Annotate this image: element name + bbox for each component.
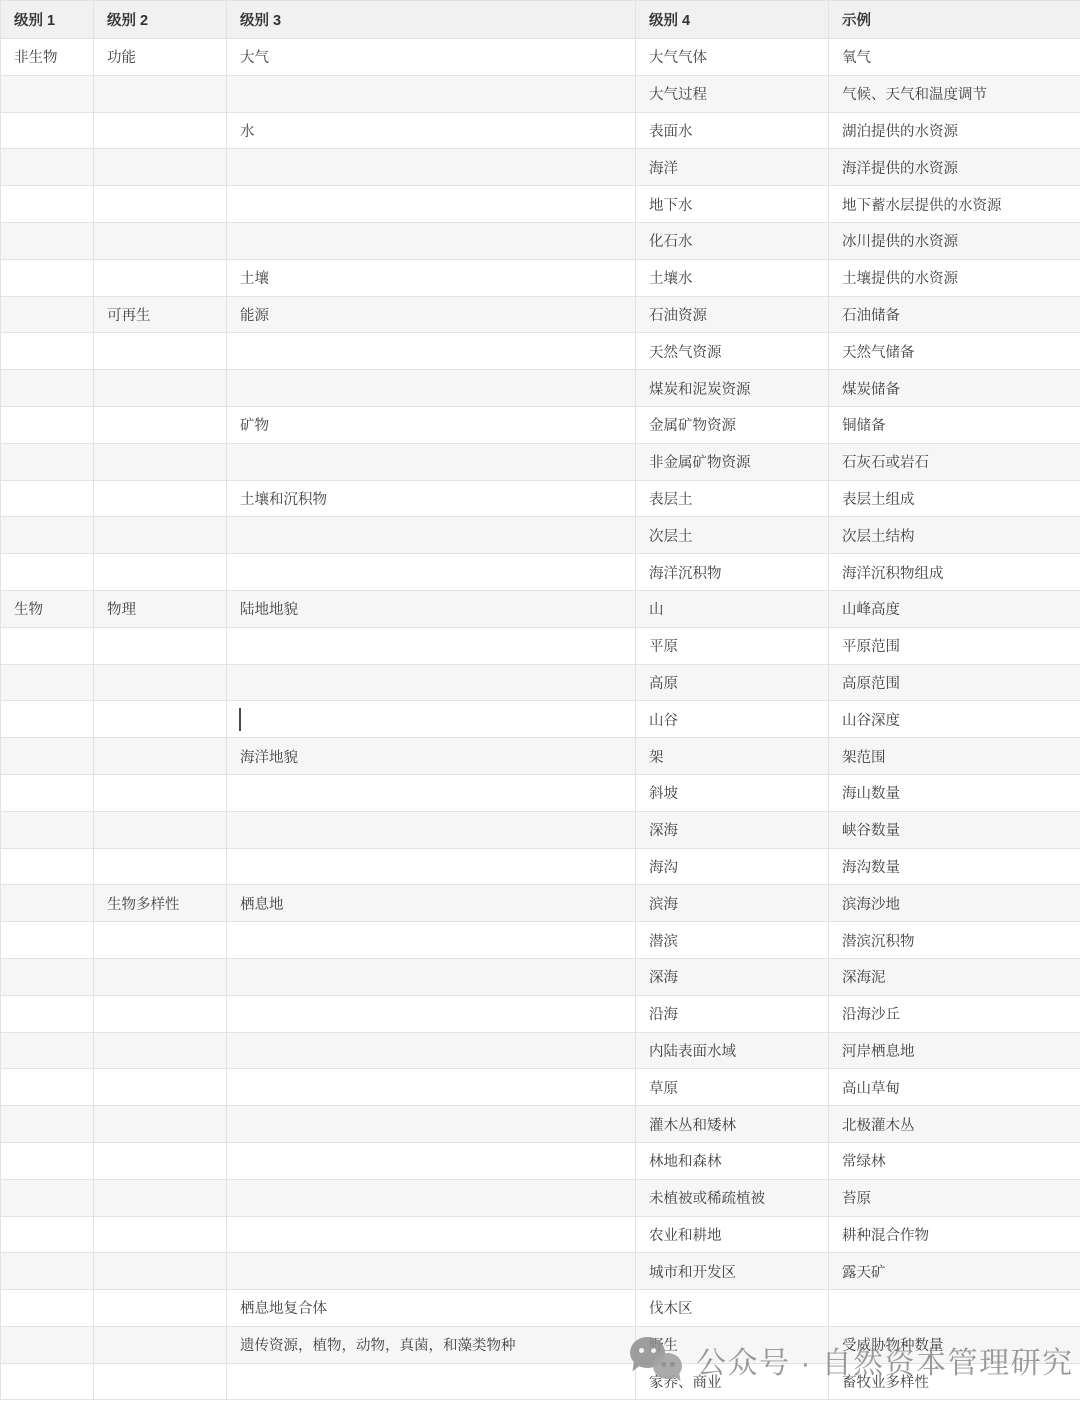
table-row: 水表面水湖泊提供的水资源	[1, 112, 1080, 149]
cell-example: 平原范围	[829, 627, 1080, 664]
cell-example: 苔原	[829, 1179, 1080, 1216]
cell-level-1	[1, 1253, 94, 1290]
cell-level-2	[94, 627, 227, 664]
cell-level-3	[227, 75, 636, 112]
cell-example: 冰川提供的水资源	[829, 222, 1080, 259]
cell-level-4: 土壤水	[636, 259, 829, 296]
cell-level-1	[1, 738, 94, 775]
cell-example: 煤炭储备	[829, 370, 1080, 407]
cell-level-4: 海洋沉积物	[636, 554, 829, 591]
cell-level-3: 大气	[227, 39, 636, 76]
cell-level-4: 城市和开发区	[636, 1253, 829, 1290]
cell-level-4: 山谷	[636, 701, 829, 738]
cell-level-4: 表面水	[636, 112, 829, 149]
cell-level-3	[227, 1032, 636, 1069]
cell-level-3	[227, 1363, 636, 1400]
cell-level-1	[1, 811, 94, 848]
table-row: 遗传资源，植物，动物，真菌，和藻类物种野生受威胁物种数量	[1, 1326, 1080, 1363]
cell-level-3	[227, 1253, 636, 1290]
cell-level-3	[227, 222, 636, 259]
cell-level-3	[227, 554, 636, 591]
table-row: 大气过程气候、天气和温度调节	[1, 75, 1080, 112]
cell-level-4: 架	[636, 738, 829, 775]
table-row: 海洋沉积物海洋沉积物组成	[1, 554, 1080, 591]
table-row: 煤炭和泥炭资源煤炭储备	[1, 370, 1080, 407]
cell-level-3: 矿物	[227, 406, 636, 443]
cell-example: 石油储备	[829, 296, 1080, 333]
table-row: 土壤土壤水土壤提供的水资源	[1, 259, 1080, 296]
table-row: 海洋地貌架架范围	[1, 738, 1080, 775]
table-row: 栖息地复合体伐木区	[1, 1290, 1080, 1327]
cell-level-4: 海洋	[636, 149, 829, 186]
cell-level-1	[1, 296, 94, 333]
cell-level-2	[94, 774, 227, 811]
cell-level-4: 深海	[636, 811, 829, 848]
cell-level-4: 石油资源	[636, 296, 829, 333]
cell-level-1	[1, 848, 94, 885]
table-row: 天然气资源天然气储备	[1, 333, 1080, 370]
cell-level-3	[227, 186, 636, 223]
cell-example: 气候、天气和温度调节	[829, 75, 1080, 112]
cell-level-1	[1, 186, 94, 223]
cell-level-1	[1, 333, 94, 370]
table-header: 级别 1 级别 2 级别 3 级别 4 示例	[1, 1, 1080, 39]
cell-level-3	[227, 922, 636, 959]
cell-level-2	[94, 406, 227, 443]
cell-level-1	[1, 1326, 94, 1363]
cell-level-2: 可再生	[94, 296, 227, 333]
cell-level-2	[94, 1290, 227, 1327]
cell-level-2: 功能	[94, 39, 227, 76]
table-row: 灌木丛和矮林北极灌木丛	[1, 1106, 1080, 1143]
table-row: 深海峡谷数量	[1, 811, 1080, 848]
cell-level-1	[1, 406, 94, 443]
cell-example: 潜滨沉积物	[829, 922, 1080, 959]
cell-level-1	[1, 1032, 94, 1069]
cell-level-4: 高原	[636, 664, 829, 701]
table-row: 内陆表面水域河岸栖息地	[1, 1032, 1080, 1069]
cell-example	[829, 1290, 1080, 1327]
cell-level-2	[94, 259, 227, 296]
cell-level-3: 能源	[227, 296, 636, 333]
cell-example: 架范围	[829, 738, 1080, 775]
cell-level-3	[227, 1179, 636, 1216]
cell-example: 山谷深度	[829, 701, 1080, 738]
cell-level-4: 伐木区	[636, 1290, 829, 1327]
cell-example: 表层土组成	[829, 480, 1080, 517]
header-level-3: 级别 3	[227, 1, 636, 39]
cell-level-1	[1, 1142, 94, 1179]
table-row: 草原高山草甸	[1, 1069, 1080, 1106]
cell-level-3	[227, 664, 636, 701]
cell-level-2	[94, 75, 227, 112]
cell-level-4: 表层土	[636, 480, 829, 517]
table-row: 未植被或稀疏植被苔原	[1, 1179, 1080, 1216]
header-level-1: 级别 1	[1, 1, 94, 39]
cell-level-1	[1, 664, 94, 701]
cell-level-1	[1, 75, 94, 112]
cell-level-4: 林地和森林	[636, 1142, 829, 1179]
cell-level-1	[1, 995, 94, 1032]
cell-example: 耕种混合作物	[829, 1216, 1080, 1253]
header-example: 示例	[829, 1, 1080, 39]
table-body: 非生物功能大气大气气体氧气大气过程气候、天气和温度调节水表面水湖泊提供的水资源海…	[1, 39, 1080, 1400]
cell-level-2	[94, 1032, 227, 1069]
header-row: 级别 1 级别 2 级别 3 级别 4 示例	[1, 1, 1080, 39]
cell-level-1	[1, 1216, 94, 1253]
cell-level-3	[227, 848, 636, 885]
cell-level-1: 非生物	[1, 39, 94, 76]
cell-level-3: 土壤	[227, 259, 636, 296]
table-row: 生物物理陆地地貌山山峰高度	[1, 590, 1080, 627]
cell-level-2	[94, 701, 227, 738]
cell-level-4: 滨海	[636, 885, 829, 922]
table-row: 海沟海沟数量	[1, 848, 1080, 885]
cell-level-4: 大气过程	[636, 75, 829, 112]
table-row: 高原高原范围	[1, 664, 1080, 701]
cell-level-4: 非金属矿物资源	[636, 443, 829, 480]
cell-level-2	[94, 1069, 227, 1106]
cell-level-4: 次层土	[636, 517, 829, 554]
cell-level-2	[94, 1363, 227, 1400]
cell-level-2	[94, 480, 227, 517]
cell-level-1	[1, 774, 94, 811]
cell-example: 氧气	[829, 39, 1080, 76]
table-row: 海洋海洋提供的水资源	[1, 149, 1080, 186]
cell-example: 滨海沙地	[829, 885, 1080, 922]
cell-level-3	[227, 1106, 636, 1143]
cell-level-4: 大气气体	[636, 39, 829, 76]
cell-level-1	[1, 112, 94, 149]
cell-level-4: 内陆表面水域	[636, 1032, 829, 1069]
cell-example: 海山数量	[829, 774, 1080, 811]
cell-level-2	[94, 1179, 227, 1216]
cell-level-3: 栖息地	[227, 885, 636, 922]
cell-level-1	[1, 149, 94, 186]
cell-level-3: 遗传资源，植物，动物，真菌，和藻类物种	[227, 1326, 636, 1363]
cell-level-4: 农业和耕地	[636, 1216, 829, 1253]
cell-level-4: 灌木丛和矮林	[636, 1106, 829, 1143]
cell-level-3-editing[interactable]	[227, 701, 636, 738]
cell-example: 露天矿	[829, 1253, 1080, 1290]
cell-level-2	[94, 664, 227, 701]
cell-example: 峡谷数量	[829, 811, 1080, 848]
cell-level-3	[227, 811, 636, 848]
cell-level-1	[1, 1179, 94, 1216]
cell-level-3	[227, 1069, 636, 1106]
table-row: 城市和开发区露天矿	[1, 1253, 1080, 1290]
cell-level-1	[1, 222, 94, 259]
cell-example: 铜储备	[829, 406, 1080, 443]
cell-level-4: 煤炭和泥炭资源	[636, 370, 829, 407]
cell-level-3	[227, 149, 636, 186]
cell-level-3: 海洋地貌	[227, 738, 636, 775]
cell-level-4: 沿海	[636, 995, 829, 1032]
table-row: 化石水冰川提供的水资源	[1, 222, 1080, 259]
cell-level-1	[1, 480, 94, 517]
cell-level-4: 平原	[636, 627, 829, 664]
table-row: 深海深海泥	[1, 958, 1080, 995]
cell-level-3	[227, 958, 636, 995]
cell-example: 深海泥	[829, 958, 1080, 995]
cell-level-3	[227, 443, 636, 480]
cell-example: 山峰高度	[829, 590, 1080, 627]
cell-level-4: 草原	[636, 1069, 829, 1106]
cell-example: 高山草甸	[829, 1069, 1080, 1106]
cell-level-2	[94, 333, 227, 370]
cell-level-2	[94, 1253, 227, 1290]
cell-example: 土壤提供的水资源	[829, 259, 1080, 296]
cell-example: 天然气储备	[829, 333, 1080, 370]
table-row: 非生物功能大气大气气体氧气	[1, 39, 1080, 76]
cell-level-2	[94, 1216, 227, 1253]
cell-example: 地下蓄水层提供的水资源	[829, 186, 1080, 223]
cell-level-1	[1, 443, 94, 480]
cell-example: 受威胁物种数量	[829, 1326, 1080, 1363]
cell-level-1: 生物	[1, 590, 94, 627]
cell-level-2: 生物多样性	[94, 885, 227, 922]
cell-level-4: 化石水	[636, 222, 829, 259]
table-row: 沿海沿海沙丘	[1, 995, 1080, 1032]
table-row: 山谷山谷深度	[1, 701, 1080, 738]
cell-level-2	[94, 1142, 227, 1179]
cell-level-2	[94, 186, 227, 223]
cell-level-2	[94, 222, 227, 259]
cell-example: 常绿林	[829, 1142, 1080, 1179]
table-row: 次层土次层土结构	[1, 517, 1080, 554]
cell-level-3: 陆地地貌	[227, 590, 636, 627]
cell-level-2	[94, 738, 227, 775]
cell-level-3	[227, 333, 636, 370]
cell-level-4: 海沟	[636, 848, 829, 885]
cell-level-1	[1, 958, 94, 995]
cell-level-1	[1, 922, 94, 959]
cell-level-1	[1, 370, 94, 407]
cell-level-4: 金属矿物资源	[636, 406, 829, 443]
cell-level-2	[94, 443, 227, 480]
cell-level-2	[94, 149, 227, 186]
table-row: 平原平原范围	[1, 627, 1080, 664]
cell-level-2	[94, 1106, 227, 1143]
header-level-4: 级别 4	[636, 1, 829, 39]
cell-level-1	[1, 1290, 94, 1327]
cell-level-3	[227, 517, 636, 554]
cell-level-1	[1, 627, 94, 664]
cell-level-2	[94, 922, 227, 959]
cell-level-2	[94, 554, 227, 591]
table-row: 潜滨潜滨沉积物	[1, 922, 1080, 959]
cell-level-4: 深海	[636, 958, 829, 995]
cell-level-1	[1, 1106, 94, 1143]
cell-level-3: 栖息地复合体	[227, 1290, 636, 1327]
cell-level-1	[1, 554, 94, 591]
cell-level-3	[227, 1216, 636, 1253]
cell-example: 河岸栖息地	[829, 1032, 1080, 1069]
table-row: 可再生能源石油资源石油储备	[1, 296, 1080, 333]
cell-level-3	[227, 370, 636, 407]
table-row: 矿物金属矿物资源铜储备	[1, 406, 1080, 443]
cell-example: 湖泊提供的水资源	[829, 112, 1080, 149]
cell-level-4: 地下水	[636, 186, 829, 223]
cell-level-2	[94, 112, 227, 149]
table-row: 农业和耕地耕种混合作物	[1, 1216, 1080, 1253]
cell-level-2	[94, 517, 227, 554]
cell-example: 海洋提供的水资源	[829, 149, 1080, 186]
cell-level-4: 斜坡	[636, 774, 829, 811]
cell-example: 畜牧业多样性	[829, 1363, 1080, 1400]
cell-example: 北极灌木丛	[829, 1106, 1080, 1143]
cell-level-3	[227, 1142, 636, 1179]
table-row: 土壤和沉积物表层土表层土组成	[1, 480, 1080, 517]
cell-level-3	[227, 627, 636, 664]
cell-example: 海洋沉积物组成	[829, 554, 1080, 591]
cell-level-1	[1, 259, 94, 296]
cell-level-2	[94, 958, 227, 995]
cell-level-4: 未植被或稀疏植被	[636, 1179, 829, 1216]
cell-level-1	[1, 1069, 94, 1106]
cell-level-4: 天然气资源	[636, 333, 829, 370]
cell-level-3: 土壤和沉积物	[227, 480, 636, 517]
cell-example: 高原范围	[829, 664, 1080, 701]
table-row: 非金属矿物资源石灰石或岩石	[1, 443, 1080, 480]
cell-level-4: 潜滨	[636, 922, 829, 959]
cell-example: 沿海沙丘	[829, 995, 1080, 1032]
cell-level-4: 山	[636, 590, 829, 627]
table-row: 斜坡海山数量	[1, 774, 1080, 811]
table-row: 生物多样性栖息地滨海滨海沙地	[1, 885, 1080, 922]
cell-level-3	[227, 995, 636, 1032]
cell-level-2	[94, 1326, 227, 1363]
cell-level-2: 物理	[94, 590, 227, 627]
cell-level-2	[94, 811, 227, 848]
cell-example: 次层土结构	[829, 517, 1080, 554]
header-level-2: 级别 2	[94, 1, 227, 39]
cell-level-4: 家养、商业	[636, 1363, 829, 1400]
cell-example: 石灰石或岩石	[829, 443, 1080, 480]
cell-level-1	[1, 1363, 94, 1400]
cell-level-3	[227, 774, 636, 811]
cell-level-2	[94, 848, 227, 885]
cell-level-1	[1, 701, 94, 738]
table-row: 林地和森林常绿林	[1, 1142, 1080, 1179]
table-row: 家养、商业畜牧业多样性	[1, 1363, 1080, 1400]
cell-level-2	[94, 370, 227, 407]
classification-table: 级别 1 级别 2 级别 3 级别 4 示例 非生物功能大气大气气体氧气大气过程…	[0, 0, 1080, 1400]
cell-example: 海沟数量	[829, 848, 1080, 885]
cell-level-2	[94, 995, 227, 1032]
cell-level-1	[1, 885, 94, 922]
cell-level-1	[1, 517, 94, 554]
cell-level-4: 野生	[636, 1326, 829, 1363]
cell-level-3: 水	[227, 112, 636, 149]
table-row: 地下水地下蓄水层提供的水资源	[1, 186, 1080, 223]
text-cursor	[239, 708, 241, 731]
